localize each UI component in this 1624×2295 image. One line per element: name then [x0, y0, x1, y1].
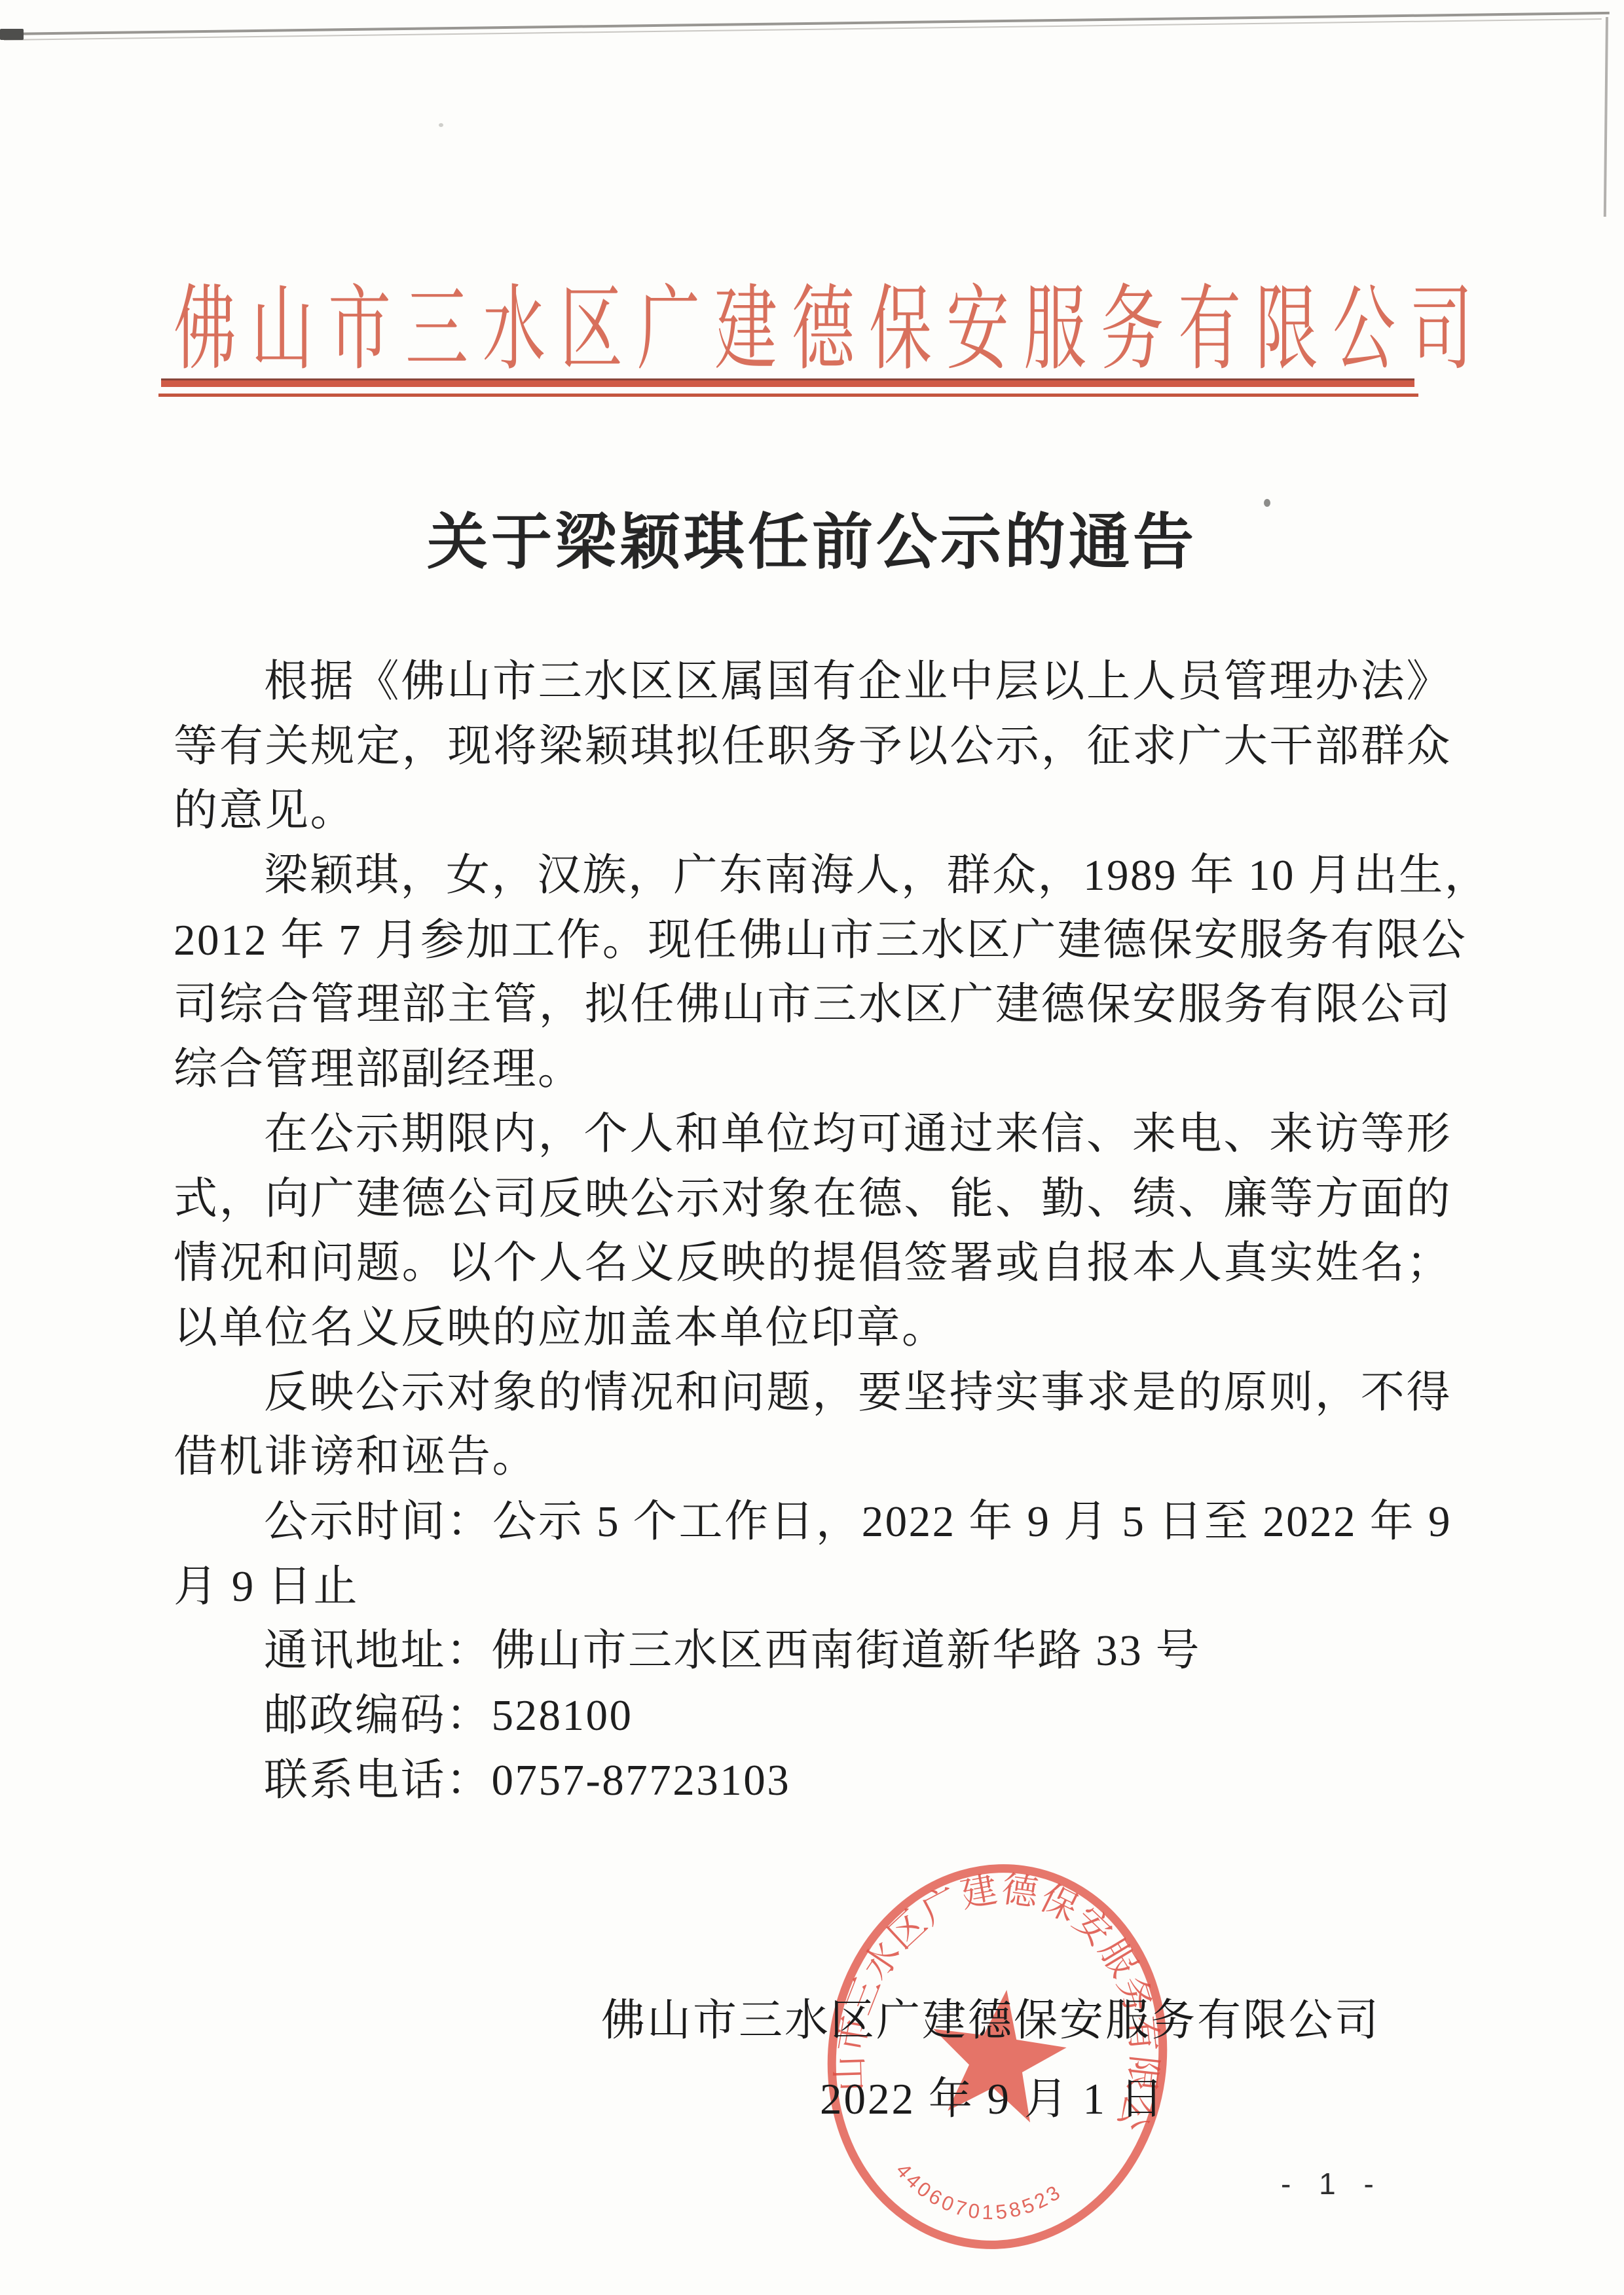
body-line: 综合管理部副经理。	[174, 1037, 1452, 1102]
body-line: 在公示期限内，个人和单位均可通过来信、来电、来访等形	[174, 1102, 1452, 1167]
body-line-phone: 联系电话：0757-87723103	[174, 1748, 1452, 1813]
signature-date: 2022 年 9 月 1 日	[820, 2064, 1166, 2127]
body-line: 情况和问题。以个人名义反映的提倡签署或自报本人真实姓名；	[174, 1231, 1452, 1296]
body-line: 月 9 日止	[174, 1554, 1452, 1619]
page-number: - 1 -	[1281, 2166, 1384, 2201]
body-line-postal-address: 通讯地址：佛山市三水区西南街道新华路 33 号	[174, 1619, 1452, 1683]
body-line: 以单位名义反映的应加盖本单位印章。	[174, 1296, 1452, 1361]
document-body: 根据《佛山市三水区区属国有企业中层以上人员管理办法》 等有关规定，现将梁颖琪拟任…	[174, 650, 1452, 1812]
body-line-postcode: 邮政编码：528100	[174, 1683, 1452, 1748]
scan-artifact-speck-small	[439, 123, 443, 127]
body-line: 反映公示对象的情况和问题，要坚持实事求是的原则，不得	[174, 1361, 1452, 1425]
body-line: 根据《佛山市三水区区属国有企业中层以上人员管理办法》	[174, 650, 1452, 714]
body-line: 公示时间：公示 5 个工作日，2022 年 9 月 5 日至 2022 年 9	[174, 1490, 1452, 1554]
scan-artifact-left-blob	[0, 29, 24, 40]
body-line: 借机诽谤和诬告。	[174, 1425, 1452, 1490]
letterhead-rule-thick	[161, 378, 1414, 387]
scanned-document-page: 佛山市三水区广建德保安服务有限公司 关于梁颖琪任前公示的通告 根据《佛山市三水区…	[0, 0, 1624, 2295]
body-line: 式，向广建德公司反映公示对象在德、能、勤、绩、廉等方面的	[174, 1167, 1452, 1232]
scan-artifact-right-edge	[1604, 17, 1608, 217]
document-title: 关于梁颖琪任前公示的通告	[174, 493, 1450, 581]
body-line: 等有关规定，现将梁颖琪拟任职务予以公示，征求广大干部群众	[174, 714, 1452, 779]
body-line: 司综合管理部主管，拟任佛山市三水区广建德保安服务有限公司	[174, 972, 1452, 1037]
letterhead-company-name: 佛山市三水区广建德保安服务有限公司	[174, 255, 1450, 388]
body-line: 梁颖琪，女，汉族，广东南海人，群众，1989 年 10 月出生，	[174, 843, 1452, 908]
body-line: 2012 年 7 月参加工作。现任佛山市三水区广建德保安服务有限公	[174, 908, 1452, 973]
body-line: 的意见。	[174, 779, 1452, 843]
letterhead-rule-thin	[158, 394, 1418, 397]
scan-artifact-top-line	[4, 12, 1610, 35]
signature-company-name: 佛山市三水区广建德保安服务有限公司	[601, 1985, 1380, 2048]
official-seal: 佛山市三水区广建德保安服务有限公司 4406070158523	[766, 1826, 1228, 2288]
